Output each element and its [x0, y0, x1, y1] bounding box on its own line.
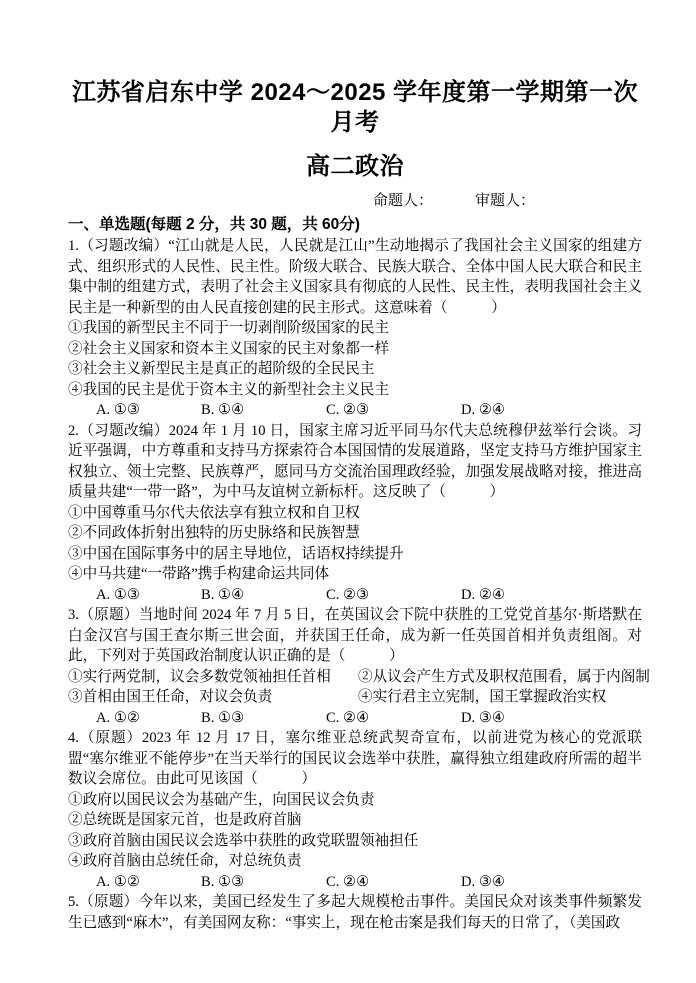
- statement-item: ③社会主义新型民主是真正的超阶级的全民民主: [68, 359, 642, 380]
- option-c: C. ②④: [326, 872, 461, 893]
- question-stem: 2.（习题改编）2024 年 1 月 10 日，国家主席习近平同马尔代夫总统穆伊…: [68, 421, 642, 503]
- options-row: A. ①③B. ①④C. ②③D. ②④: [68, 400, 642, 421]
- option-d: D. ③④: [461, 708, 642, 729]
- statement-group: ①实行两党制，议会多数党领袖担任首相②从议会产生方式及职权范围看，属于内阁制③首…: [68, 667, 642, 708]
- statement-group: ①政府以国民议会为基础产生，向国民议会负责②总统既是国家元首，也是政府首脑③政府…: [68, 790, 642, 872]
- option-b: B. ①③: [201, 872, 326, 893]
- question-list: 1.（习题改编）“江山就是人民，人民就是江山”生动地揭示了我国社会主义国家的组建…: [68, 236, 642, 933]
- section-heading: 一、单选题(每题 2 分，共 30 题，共 60分): [68, 214, 642, 236]
- question-stem: 4.（原题）2023 年 12 月 17 日，塞尔维亚总统武契奇宣布，以前进党为…: [68, 728, 642, 790]
- question-block: 2.（习题改编）2024 年 1 月 10 日，国家主席习近平同马尔代夫总统穆伊…: [68, 421, 642, 606]
- statement-item: ③首相由国王任命，对议会负责: [68, 687, 358, 708]
- option-b: B. ①④: [201, 400, 326, 421]
- reviewer-label: 审题人：: [475, 191, 535, 211]
- exam-meta-line: 命题人： 审题人：: [68, 191, 642, 211]
- setter-label: 命题人：: [373, 191, 433, 211]
- statement-item: ②不同政体折射出独特的历史脉络和民族智慧: [68, 523, 642, 544]
- statement-item: ④中马共建“一带路”携手构建命运共同体: [68, 564, 642, 585]
- option-c: C. ②④: [326, 708, 461, 729]
- statement-item: ④我国的民主是优于资本主义的新型社会主义民主: [68, 380, 642, 401]
- exam-subtitle: 高二政治: [68, 152, 642, 182]
- statement-item: ③政府首脑由国民议会选举中获胜的政党联盟领袖担任: [68, 831, 642, 852]
- statement-item: ①中国尊重马尔代夫依法享有独立权和自卫权: [68, 503, 642, 524]
- options-row: A. ①③B. ①④C. ②③D. ②④: [68, 585, 642, 606]
- statement-item: ①我国的新型民主不同于一切剥削阶级国家的民主: [68, 318, 642, 339]
- question-block: 4.（原题）2023 年 12 月 17 日，塞尔维亚总统武契奇宣布，以前进党为…: [68, 728, 642, 892]
- option-c: C. ②③: [326, 585, 461, 606]
- question-stem: 3.（原题）当地时间 2024 年 7 月 5 日，在英国议会下院中获胜的工党党…: [68, 605, 642, 667]
- option-a: A. ①③: [96, 585, 201, 606]
- question-block: 5.（原题）今年以来，美国已经发生了多起大规模枪击事件。美国民众对该类事件频繁发…: [68, 892, 642, 933]
- statement-group: ①我国的新型民主不同于一切剥削阶级国家的民主②社会主义国家和资本主义国家的民主对…: [68, 318, 642, 400]
- statement-item: ④实行君主立宪制，国王掌握政治实权: [358, 687, 650, 708]
- question-stem: 5.（原题）今年以来，美国已经发生了多起大规模枪击事件。美国民众对该类事件频繁发…: [68, 892, 642, 933]
- options-row: A. ①②B. ①③C. ②④D. ③④: [68, 872, 642, 893]
- option-b: B. ①③: [201, 708, 326, 729]
- statement-group: ①中国尊重马尔代夫依法享有独立权和自卫权②不同政体折射出独特的历史脉络和民族智慧…: [68, 503, 642, 585]
- statement-item: ④政府首脑由总统任命，对总统负责: [68, 851, 642, 872]
- statement-item: ①政府以国民议会为基础产生，向国民议会负责: [68, 790, 642, 811]
- option-d: D. ②④: [461, 585, 642, 606]
- statement-item: ③中国在国际事务中的居主导地位，话语权持续提升: [68, 544, 642, 565]
- statement-item: ②社会主义国家和资本主义国家的民主对象都一样: [68, 339, 642, 360]
- option-d: D. ②④: [461, 400, 642, 421]
- question-block: 1.（习题改编）“江山就是人民，人民就是江山”生动地揭示了我国社会主义国家的组建…: [68, 236, 642, 421]
- statement-item: ②从议会产生方式及职权范围看，属于内阁制: [358, 667, 650, 688]
- option-a: A. ①③: [96, 400, 201, 421]
- options-row: A. ①②B. ①③C. ②④D. ③④: [68, 708, 642, 729]
- statement-item: ②总统既是国家元首，也是政府首脑: [68, 810, 642, 831]
- question-stem: 1.（习题改编）“江山就是人民，人民就是江山”生动地揭示了我国社会主义国家的组建…: [68, 236, 642, 318]
- statement-item: ①实行两党制，议会多数党领袖担任首相: [68, 667, 358, 688]
- option-d: D. ③④: [461, 872, 642, 893]
- exam-page: 江苏省启东中学 2024～2025 学年度第一学期第一次月考 高二政治 命题人：…: [0, 0, 696, 953]
- question-block: 3.（原题）当地时间 2024 年 7 月 5 日，在英国议会下院中获胜的工党党…: [68, 605, 642, 728]
- option-a: A. ①②: [96, 872, 201, 893]
- option-c: C. ②③: [326, 400, 461, 421]
- option-b: B. ①④: [201, 585, 326, 606]
- exam-title: 江苏省启东中学 2024～2025 学年度第一学期第一次月考: [68, 78, 642, 138]
- option-a: A. ①②: [96, 708, 201, 729]
